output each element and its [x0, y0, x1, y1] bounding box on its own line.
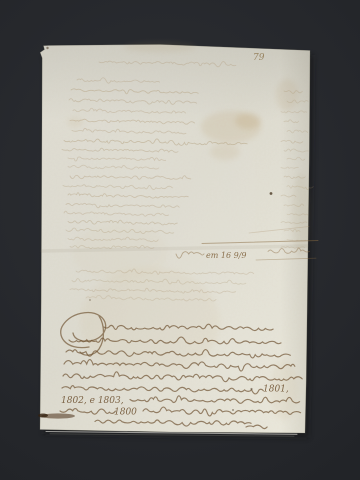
ink-dot — [270, 192, 273, 195]
foxing-stain — [124, 42, 196, 52]
ink-dot — [232, 409, 234, 411]
year-fragment-1801: 1801, — [263, 385, 289, 395]
foxing-stain — [67, 117, 83, 127]
manuscript-photo: 79 em 16 9/9 1801, 1802, e 1803, 1800 — [0, 0, 360, 480]
foxing-stain — [210, 144, 240, 160]
inscription-fragment: em 16 9/9 — [206, 251, 246, 260]
ink-dot — [89, 299, 91, 301]
foxing-stain — [276, 79, 298, 111]
page-number: 79 — [253, 53, 265, 63]
year-fragment-1800: 1800 — [114, 408, 137, 418]
foxing-stain — [235, 113, 261, 129]
ink-smear — [38, 414, 48, 418]
photo-background: 79 em 16 9/9 1801, 1802, e 1803, 1800 — [0, 0, 360, 480]
ink-dot — [250, 388, 252, 390]
year-fragment-1802-1803: 1802, e 1803, — [61, 396, 124, 406]
ink-dot — [46, 47, 48, 49]
